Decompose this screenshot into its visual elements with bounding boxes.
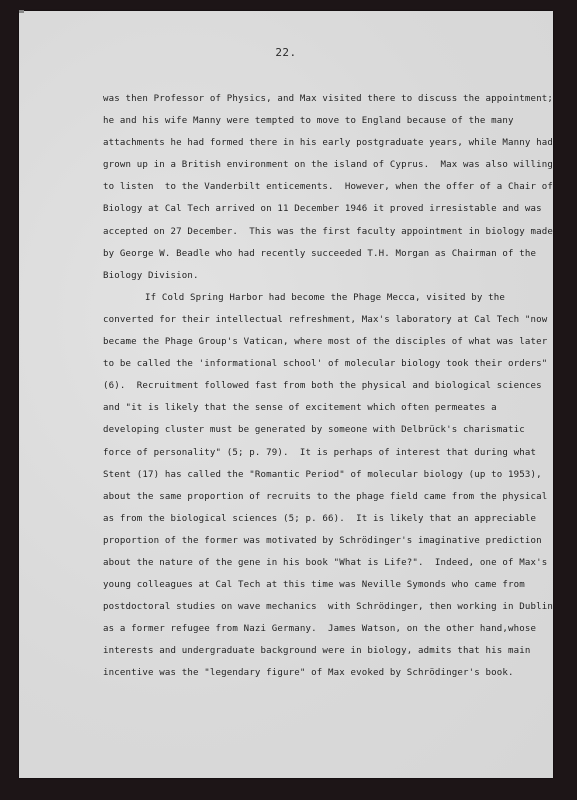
text-line: to listen to the Vanderbilt enticements.… <box>103 176 543 198</box>
scan-corner-mark <box>19 10 24 13</box>
text-line: about the nature of the gene in his book… <box>103 552 543 574</box>
text-line: as a former refugee from Nazi Germany. J… <box>103 618 543 640</box>
text-line: to be called the 'informational school' … <box>103 353 543 375</box>
body-text: was then Professor of Physics, and Max v… <box>103 88 543 685</box>
page-number: 22. <box>19 46 553 59</box>
text-line: (6). Recruitment followed fast from both… <box>103 375 543 397</box>
text-line: interests and undergraduate background w… <box>103 640 543 662</box>
text-line: was then Professor of Physics, and Max v… <box>103 88 543 110</box>
text-line: converted for their intellectual refresh… <box>103 309 543 331</box>
text-line: and "it is likely that the sense of exci… <box>103 397 543 419</box>
document-page: 22. was then Professor of Physics, and M… <box>19 11 553 778</box>
text-line: Stent (17) has called the "Romantic Peri… <box>103 464 543 486</box>
text-line: attachments he had formed there in his e… <box>103 132 543 154</box>
text-line: accepted on 27 December. This was the fi… <box>103 221 543 243</box>
text-line: developing cluster must be generated by … <box>103 419 543 441</box>
text-line: young colleagues at Cal Tech at this tim… <box>103 574 543 596</box>
text-line: Biology Division. <box>103 265 543 287</box>
text-line: became the Phage Group's Vatican, where … <box>103 331 543 353</box>
paragraph-start-line: If Cold Spring Harbor had become the Pha… <box>103 287 543 309</box>
text-line: grown up in a British environment on the… <box>103 154 543 176</box>
text-line: he and his wife Manny were tempted to mo… <box>103 110 543 132</box>
text-line: proportion of the former was motivated b… <box>103 530 543 552</box>
text-line: about the same proportion of recruits to… <box>103 486 543 508</box>
text-line: as from the biological sciences (5; p. 6… <box>103 508 543 530</box>
text-line: Biology at Cal Tech arrived on 11 Decemb… <box>103 198 543 220</box>
text-line: postdoctoral studies on wave mechanics w… <box>103 596 543 618</box>
text-line: incentive was the "legendary figure" of … <box>103 662 543 684</box>
text-line: by George W. Beadle who had recently suc… <box>103 243 543 265</box>
text-line: force of personality" (5; p. 79). It is … <box>103 442 543 464</box>
